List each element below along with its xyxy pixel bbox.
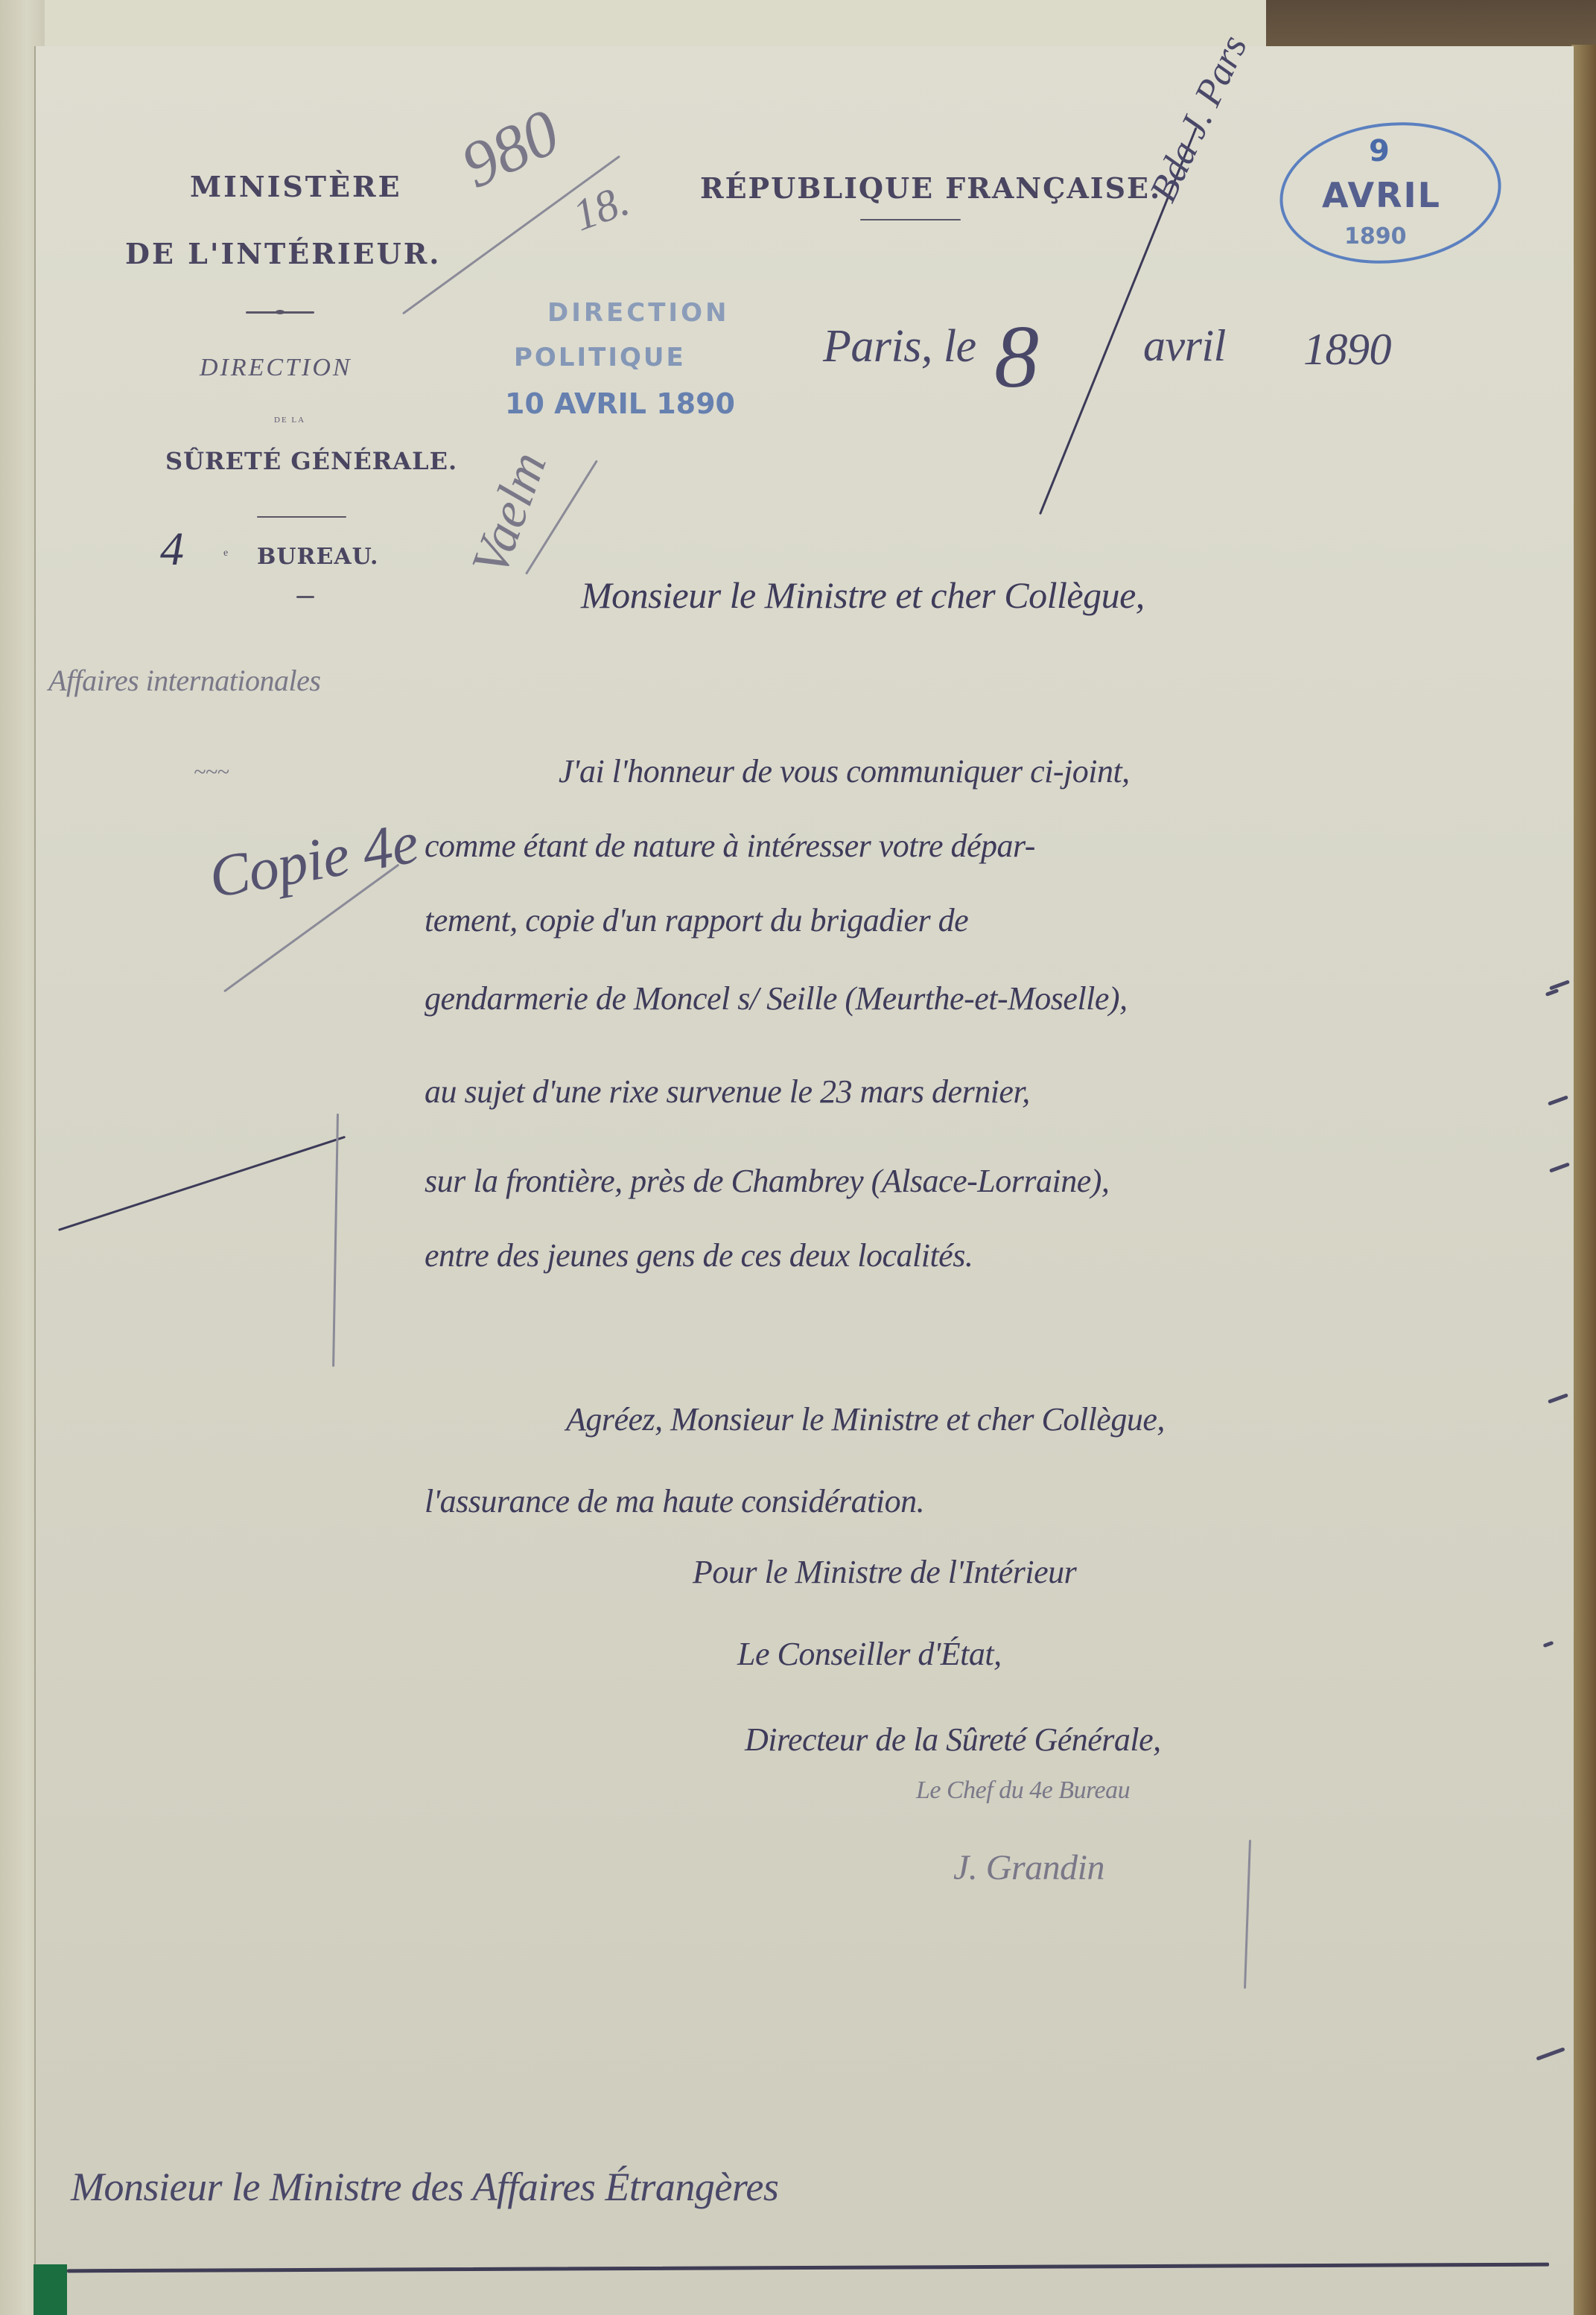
signature-block-line-2: Le Conseiller d'État, [737, 1635, 1002, 1673]
body-line-7: entre des jeunes gens de ces deux locali… [425, 1236, 973, 1274]
body-line-3: tement, copie d'un rapport du brigadier … [425, 901, 968, 939]
body-line-5: au sujet d'une rixe survenue le 23 mars … [425, 1073, 1030, 1111]
oval-stamp-year: 1890 [1344, 223, 1407, 250]
bureau-number: 4 [160, 521, 184, 577]
stamp-received-date: 10 AVRIL 1890 [505, 387, 735, 420]
dateline-month: avril [1143, 320, 1226, 372]
body-line-2: comme étant de nature à intéresser votre… [425, 827, 1035, 865]
body-line-1: J'ai l'honneur de vous communiquer ci-jo… [559, 752, 1130, 790]
stamp-politique-line: POLITIQUE [514, 343, 686, 372]
closing-line-2: l'assurance de ma haute considération. [425, 1482, 924, 1520]
margin-squiggle: ~~~ [194, 760, 229, 785]
republique-francaise-label: RÉPUBLIQUE FRANÇAISE. [700, 171, 1161, 205]
signature-block-line-3: Directeur de la Sûreté Générale, [745, 1721, 1161, 1759]
bureau-label: BUREAU. [257, 544, 378, 570]
dateline-place: Paris, le [823, 320, 976, 373]
ministry-title-line2: DE L'INTÉRIEUR. [125, 237, 442, 270]
oval-stamp-day: 9 [1369, 134, 1390, 168]
surete-generale-label: SÛRETÉ GÉNÉRALE. [165, 447, 457, 475]
dateline-day: 8 [994, 305, 1039, 408]
ministry-title-line1: MINISTÈRE [190, 170, 402, 203]
dateline-year: 1890 [1303, 324, 1391, 375]
bureau-suffix: e [223, 547, 229, 559]
margin-subject-note: Affaires internationales [48, 663, 320, 698]
body-line-6: sur la frontière, près de Chambrey (Alsa… [425, 1162, 1109, 1200]
direction-label: DIRECTION [200, 354, 352, 382]
salutation: Monsieur le Ministre et cher Collègue, [581, 574, 1145, 617]
signature-block-line-1: Pour le Ministre de l'Intérieur [693, 1553, 1076, 1591]
signature: J. Grandin [953, 1847, 1104, 1888]
folder-edge-right [1571, 45, 1596, 2315]
stamp-direction-line: DIRECTION [547, 298, 729, 328]
oval-stamp-month: AVRIL [1322, 175, 1441, 215]
ornament-divider-small [257, 516, 346, 518]
ornament-dot [276, 310, 284, 314]
closing-line-1: Agréez, Monsieur le Ministre et cher Col… [566, 1400, 1165, 1438]
ornament-divider-right [860, 219, 961, 220]
de-la-label: DE LA [274, 416, 305, 425]
signature-block-line-4: Le Chef du 4e Bureau [916, 1776, 1130, 1805]
addressee: Monsieur le Ministre des Affaires Étrang… [71, 2164, 778, 2210]
ornament-dash [296, 596, 314, 598]
body-line-4: gendarmerie de Moncel s/ Seille (Meurthe… [425, 979, 1128, 1017]
green-folder-tab-bottom [34, 2264, 67, 2315]
